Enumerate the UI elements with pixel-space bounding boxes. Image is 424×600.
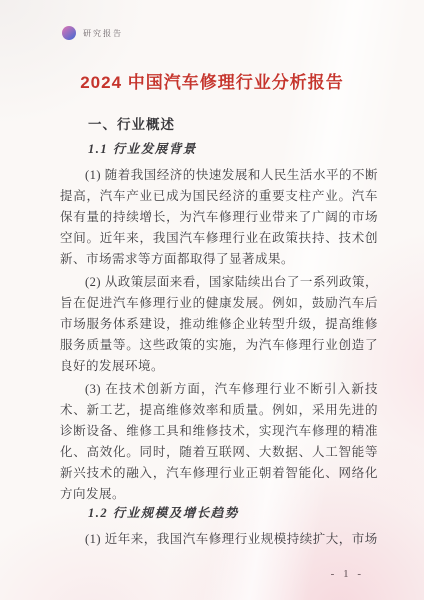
paragraph: (3) 在技术创新方面，汽车修理行业不断引入新技术、新工艺，提高维修效率和质量。… <box>60 379 378 505</box>
page-number: - 1 - <box>331 568 364 580</box>
subsection-heading-1-2: 1.2 行业规模及增长趋势 <box>60 507 378 520</box>
report-title: 2024 中国汽车修理行业分析报告 <box>0 0 424 94</box>
report-page: 研究报告 2024 中国汽车修理行业分析报告 一、行业概述 1.1 行业发展背景… <box>0 0 424 600</box>
section-heading-overview: 一、行业概述 <box>60 118 378 132</box>
paragraph: (1) 近年来，我国汽车修理行业规模持续扩大，市场 <box>60 529 378 550</box>
paragraph: (1) 随着我国经济的快速发展和人民生活水平的不断提高，汽车产业已成为国民经济的… <box>60 165 378 270</box>
paragraph: (2) 从政策层面来看，国家陆续出台了一系列政策，旨在促进汽车修理行业的健康发展… <box>60 272 378 377</box>
document-body: 一、行业概述 1.1 行业发展背景 (1) 随着我国经济的快速发展和人民生活水平… <box>0 94 424 550</box>
subsection-heading-1-1: 1.1 行业发展背景 <box>60 143 378 156</box>
